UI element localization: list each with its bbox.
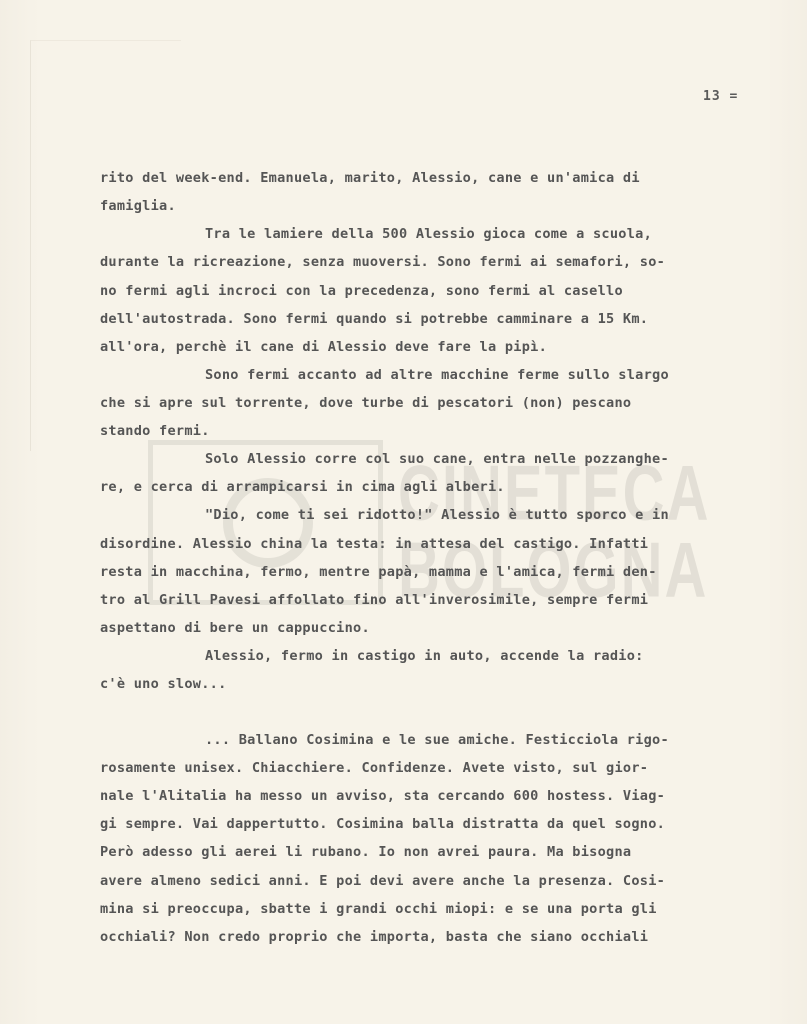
text-line: ... Ballano Cosimina e le sue amiche. Fe… bbox=[205, 734, 669, 748]
text-line: gi sempre. Vai dappertutto. Cosimina bal… bbox=[100, 818, 665, 832]
text-line: Tra le lamiere della 500 Alessio gioca c… bbox=[205, 228, 652, 242]
document-page: CINETECA BOLOGNA 13 = rito del week-end.… bbox=[0, 0, 807, 1024]
text-line: all'ora, perchè il cane di Alessio deve … bbox=[100, 341, 547, 355]
text-line: Però adesso gli aerei li rubano. Io non … bbox=[100, 846, 631, 860]
text-line: rito del week-end. Emanuela, marito, Ale… bbox=[100, 172, 640, 186]
page-number: 13 = bbox=[703, 89, 738, 104]
text-line: re, e cerca di arrampicarsi in cima agli… bbox=[100, 481, 505, 495]
text-line: occhiali? Non credo proprio che importa,… bbox=[100, 931, 648, 945]
text-line: mina si preoccupa, sbatte i grandi occhi… bbox=[100, 903, 657, 917]
text-line: che si apre sul torrente, dove turbe di … bbox=[100, 397, 631, 411]
text-line: rosamente unisex. Chiacchiere. Confidenz… bbox=[100, 762, 648, 776]
text-line: durante la ricreazione, senza muoversi. … bbox=[100, 256, 665, 270]
text-line: disordine. Alessio china la testa: in at… bbox=[100, 538, 648, 552]
text-line: aspettano di bere un cappuccino. bbox=[100, 622, 370, 636]
text-line: Sono fermi accanto ad altre macchine fer… bbox=[205, 369, 669, 383]
text-line: Alessio, fermo in castigo in auto, accen… bbox=[205, 650, 644, 664]
text-line: famiglia. bbox=[100, 200, 176, 214]
text-line: resta in macchina, fermo, mentre papà, m… bbox=[100, 566, 657, 580]
text-line: dell'autostrada. Sono fermi quando si po… bbox=[100, 313, 648, 327]
text-line: avere almeno sedici anni. E poi devi ave… bbox=[100, 875, 665, 889]
text-line: Solo Alessio corre col suo cane, entra n… bbox=[205, 453, 669, 467]
text-line: tro al Grill Pavesi affollato fino all'i… bbox=[100, 594, 648, 608]
text-line: "Dio, come ti sei ridotto!" Alessio è tu… bbox=[205, 509, 669, 523]
text-line: c'è uno slow... bbox=[100, 678, 227, 692]
text-line: stando fermi. bbox=[100, 425, 210, 439]
text-line: nale l'Alitalia ha messo un avviso, sta … bbox=[100, 790, 665, 804]
text-line: no fermi agli incroci con la precedenza,… bbox=[100, 285, 623, 299]
scan-shadow bbox=[30, 40, 181, 451]
